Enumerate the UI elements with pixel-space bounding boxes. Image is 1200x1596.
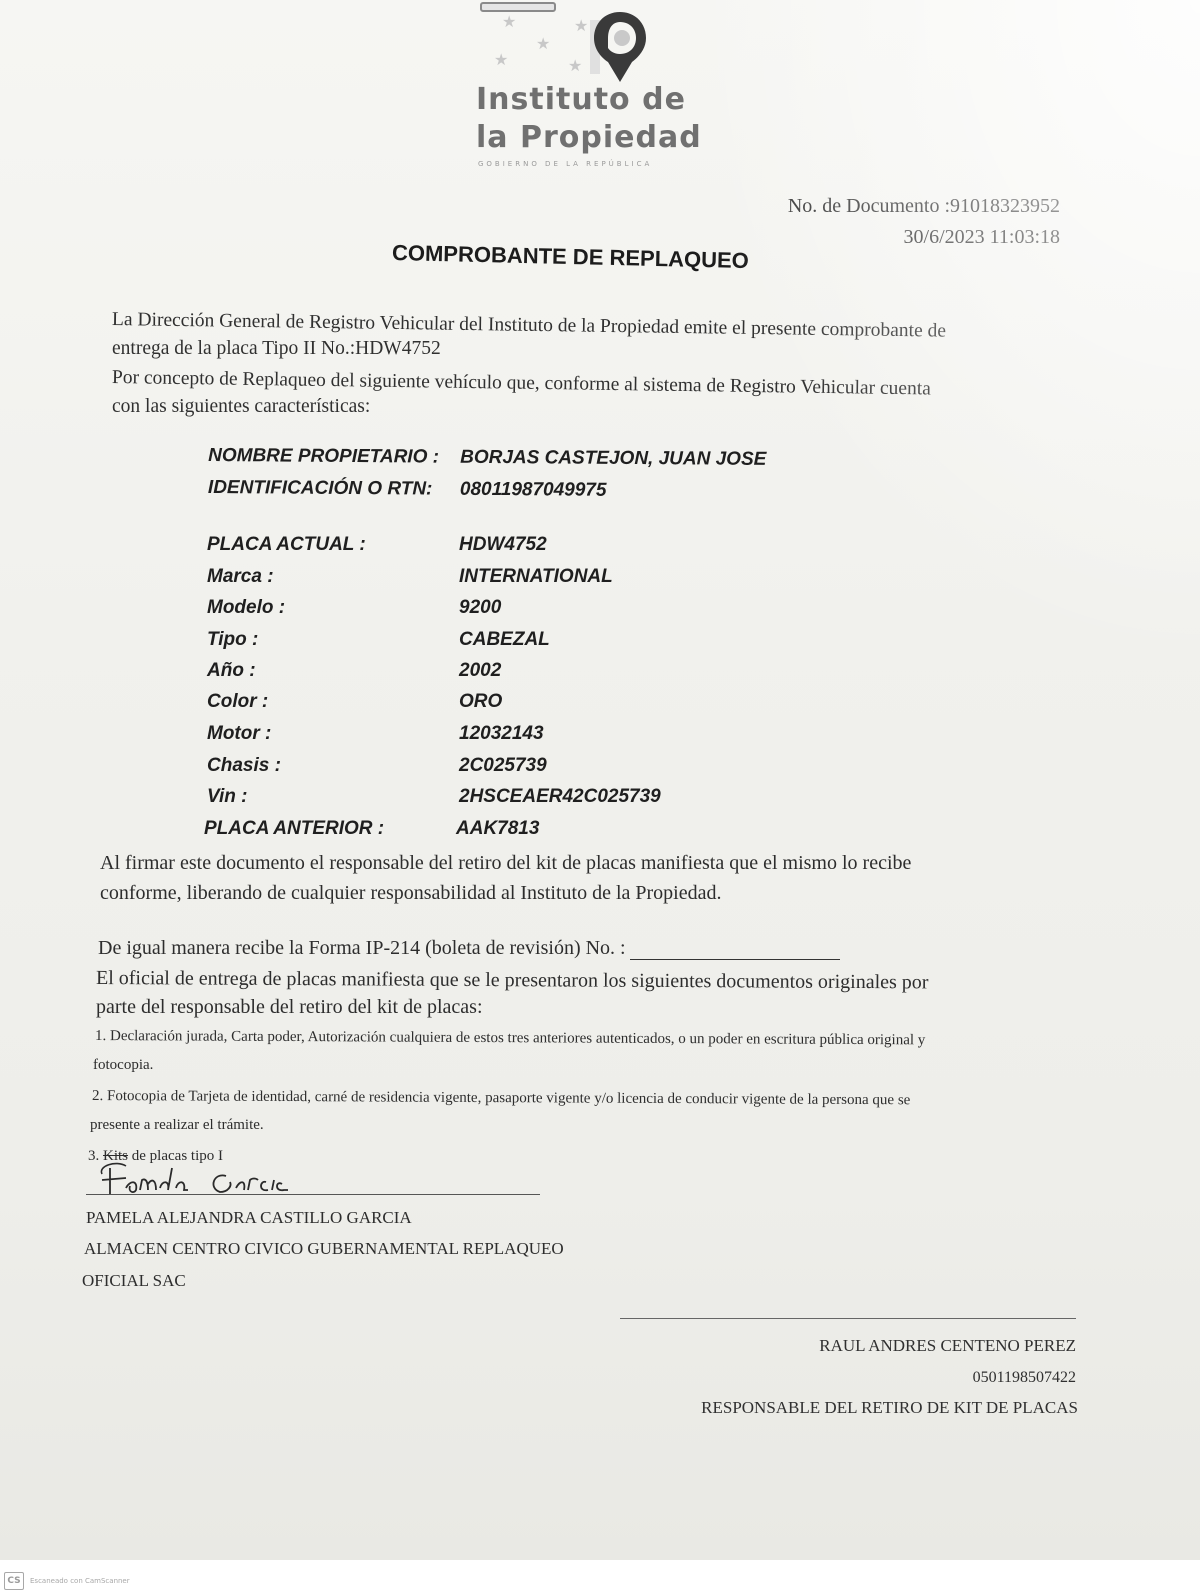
star-icon: ★ (536, 36, 550, 52)
field-value: 9200 (459, 597, 501, 619)
field-label: PLACA ANTERIOR : (204, 818, 384, 840)
requirement-item-2-cont: presente a realizar el trámite. (90, 1117, 264, 1134)
recipient-name: RAUL ANDRES CENTENO PEREZ (819, 1336, 1076, 1356)
camscanner-logo-icon: CS (4, 1572, 24, 1590)
requirement-item-2: 2. Fotocopia de Tarjeta de identidad, ca… (92, 1088, 910, 1109)
acknowledgement-line: conforme, liberando de cualquier respons… (100, 882, 721, 905)
field-value: 2C025739 (459, 755, 547, 777)
officer-department: ALMACEN CENTRO CIVICO GUBERNAMENTAL REPL… (84, 1239, 564, 1259)
field-label: Motor : (207, 723, 271, 745)
location-pin-p-icon (588, 6, 652, 88)
institution-logo: ★ ★ ★ ★ ★ Instituto de la Propiedad GOBI… (470, 0, 710, 180)
star-icon: ★ (574, 18, 588, 34)
acknowledgement-line: Al firmar este documento el responsable … (100, 852, 911, 875)
field-value: 2002 (459, 660, 501, 682)
document-title: COMPROBANTE DE REPLAQUEO (392, 240, 749, 274)
star-icon: ★ (502, 14, 516, 30)
requirement-item-1: 1. Declaración jurada, Carta poder, Auto… (95, 1028, 925, 1049)
officer-role: OFICIAL SAC (82, 1271, 186, 1291)
scanned-document-page: ★ ★ ★ ★ ★ Instituto de la Propiedad GOBI… (0, 0, 1200, 1560)
field-value: 08011987049975 (460, 479, 607, 502)
recipient-id: 0501198507422 (973, 1369, 1076, 1387)
field-label: IDENTIFICACIÓN O RTN: (208, 477, 433, 501)
field-value: ORO (459, 691, 502, 713)
document-number: No. de Documento :91018323952 (788, 195, 1060, 218)
brand-tagline: GOBIERNO DE LA REPÚBLICA (478, 160, 652, 168)
field-label: Tipo : (207, 629, 258, 651)
field-value: AAK7813 (456, 818, 539, 840)
officer-statement-line: parte del responsable del retiro del kit… (96, 996, 483, 1019)
scanner-watermark: CS Escaneado con CamScanner (4, 1572, 130, 1590)
field-label: NOMBRE PROPIETARIO : (208, 445, 439, 469)
officer-name: PAMELA ALEJANDRA CASTILLO GARCIA (86, 1208, 412, 1228)
recipient-role: RESPONSABLE DEL RETIRO DE KIT DE PLACAS (701, 1398, 1078, 1418)
field-label: Año : (207, 660, 256, 682)
star-icon: ★ (568, 58, 582, 74)
field-label: Color : (207, 691, 268, 713)
field-value: HDW4752 (459, 534, 547, 556)
forma-ip214-label: De igual manera recibe la Forma IP-214 (… (98, 937, 626, 959)
field-value: CABEZAL (459, 629, 550, 651)
vehicle-fields: PLACA ACTUAL : HDW4752 Marca : INTERNATI… (207, 534, 807, 854)
field-label: Modelo : (207, 597, 285, 619)
field-label: Vin : (207, 786, 247, 808)
paper-clip-icon (480, 2, 556, 12)
field-value: BORJAS CASTEJON, JUAN JOSE (460, 447, 766, 471)
document-datetime: 30/6/2023 11:03:18 (904, 226, 1060, 249)
intro-paragraph: La Dirección General de Registro Vehicul… (112, 305, 1052, 421)
field-value: 12032143 (459, 723, 544, 745)
forma-ip214-blank-field (630, 941, 840, 960)
field-value: INTERNATIONAL (459, 566, 613, 588)
forma-ip214-line: De igual manera recibe la Forma IP-214 (… (98, 937, 840, 960)
requirement-item-1-cont: fotocopia. (93, 1057, 153, 1074)
officer-signature-line (86, 1194, 540, 1195)
field-label: Marca : (207, 566, 274, 588)
owner-fields: NOMBRE PROPIETARIO : BORJAS CASTEJON, JU… (208, 445, 908, 520)
officer-statement-line: El oficial de entrega de placas manifies… (96, 967, 929, 994)
recipient-signature-line (620, 1318, 1076, 1319)
star-icon: ★ (494, 52, 508, 68)
field-label: Chasis : (207, 755, 281, 777)
field-label: PLACA ACTUAL : (207, 534, 366, 556)
scanner-watermark-text: Escaneado con CamScanner (30, 1577, 130, 1585)
brand-name-line2: la Propiedad (476, 120, 702, 155)
field-value: 2HSCEAER42C025739 (459, 786, 661, 808)
brand-name-line1: Instituto de (476, 82, 686, 117)
